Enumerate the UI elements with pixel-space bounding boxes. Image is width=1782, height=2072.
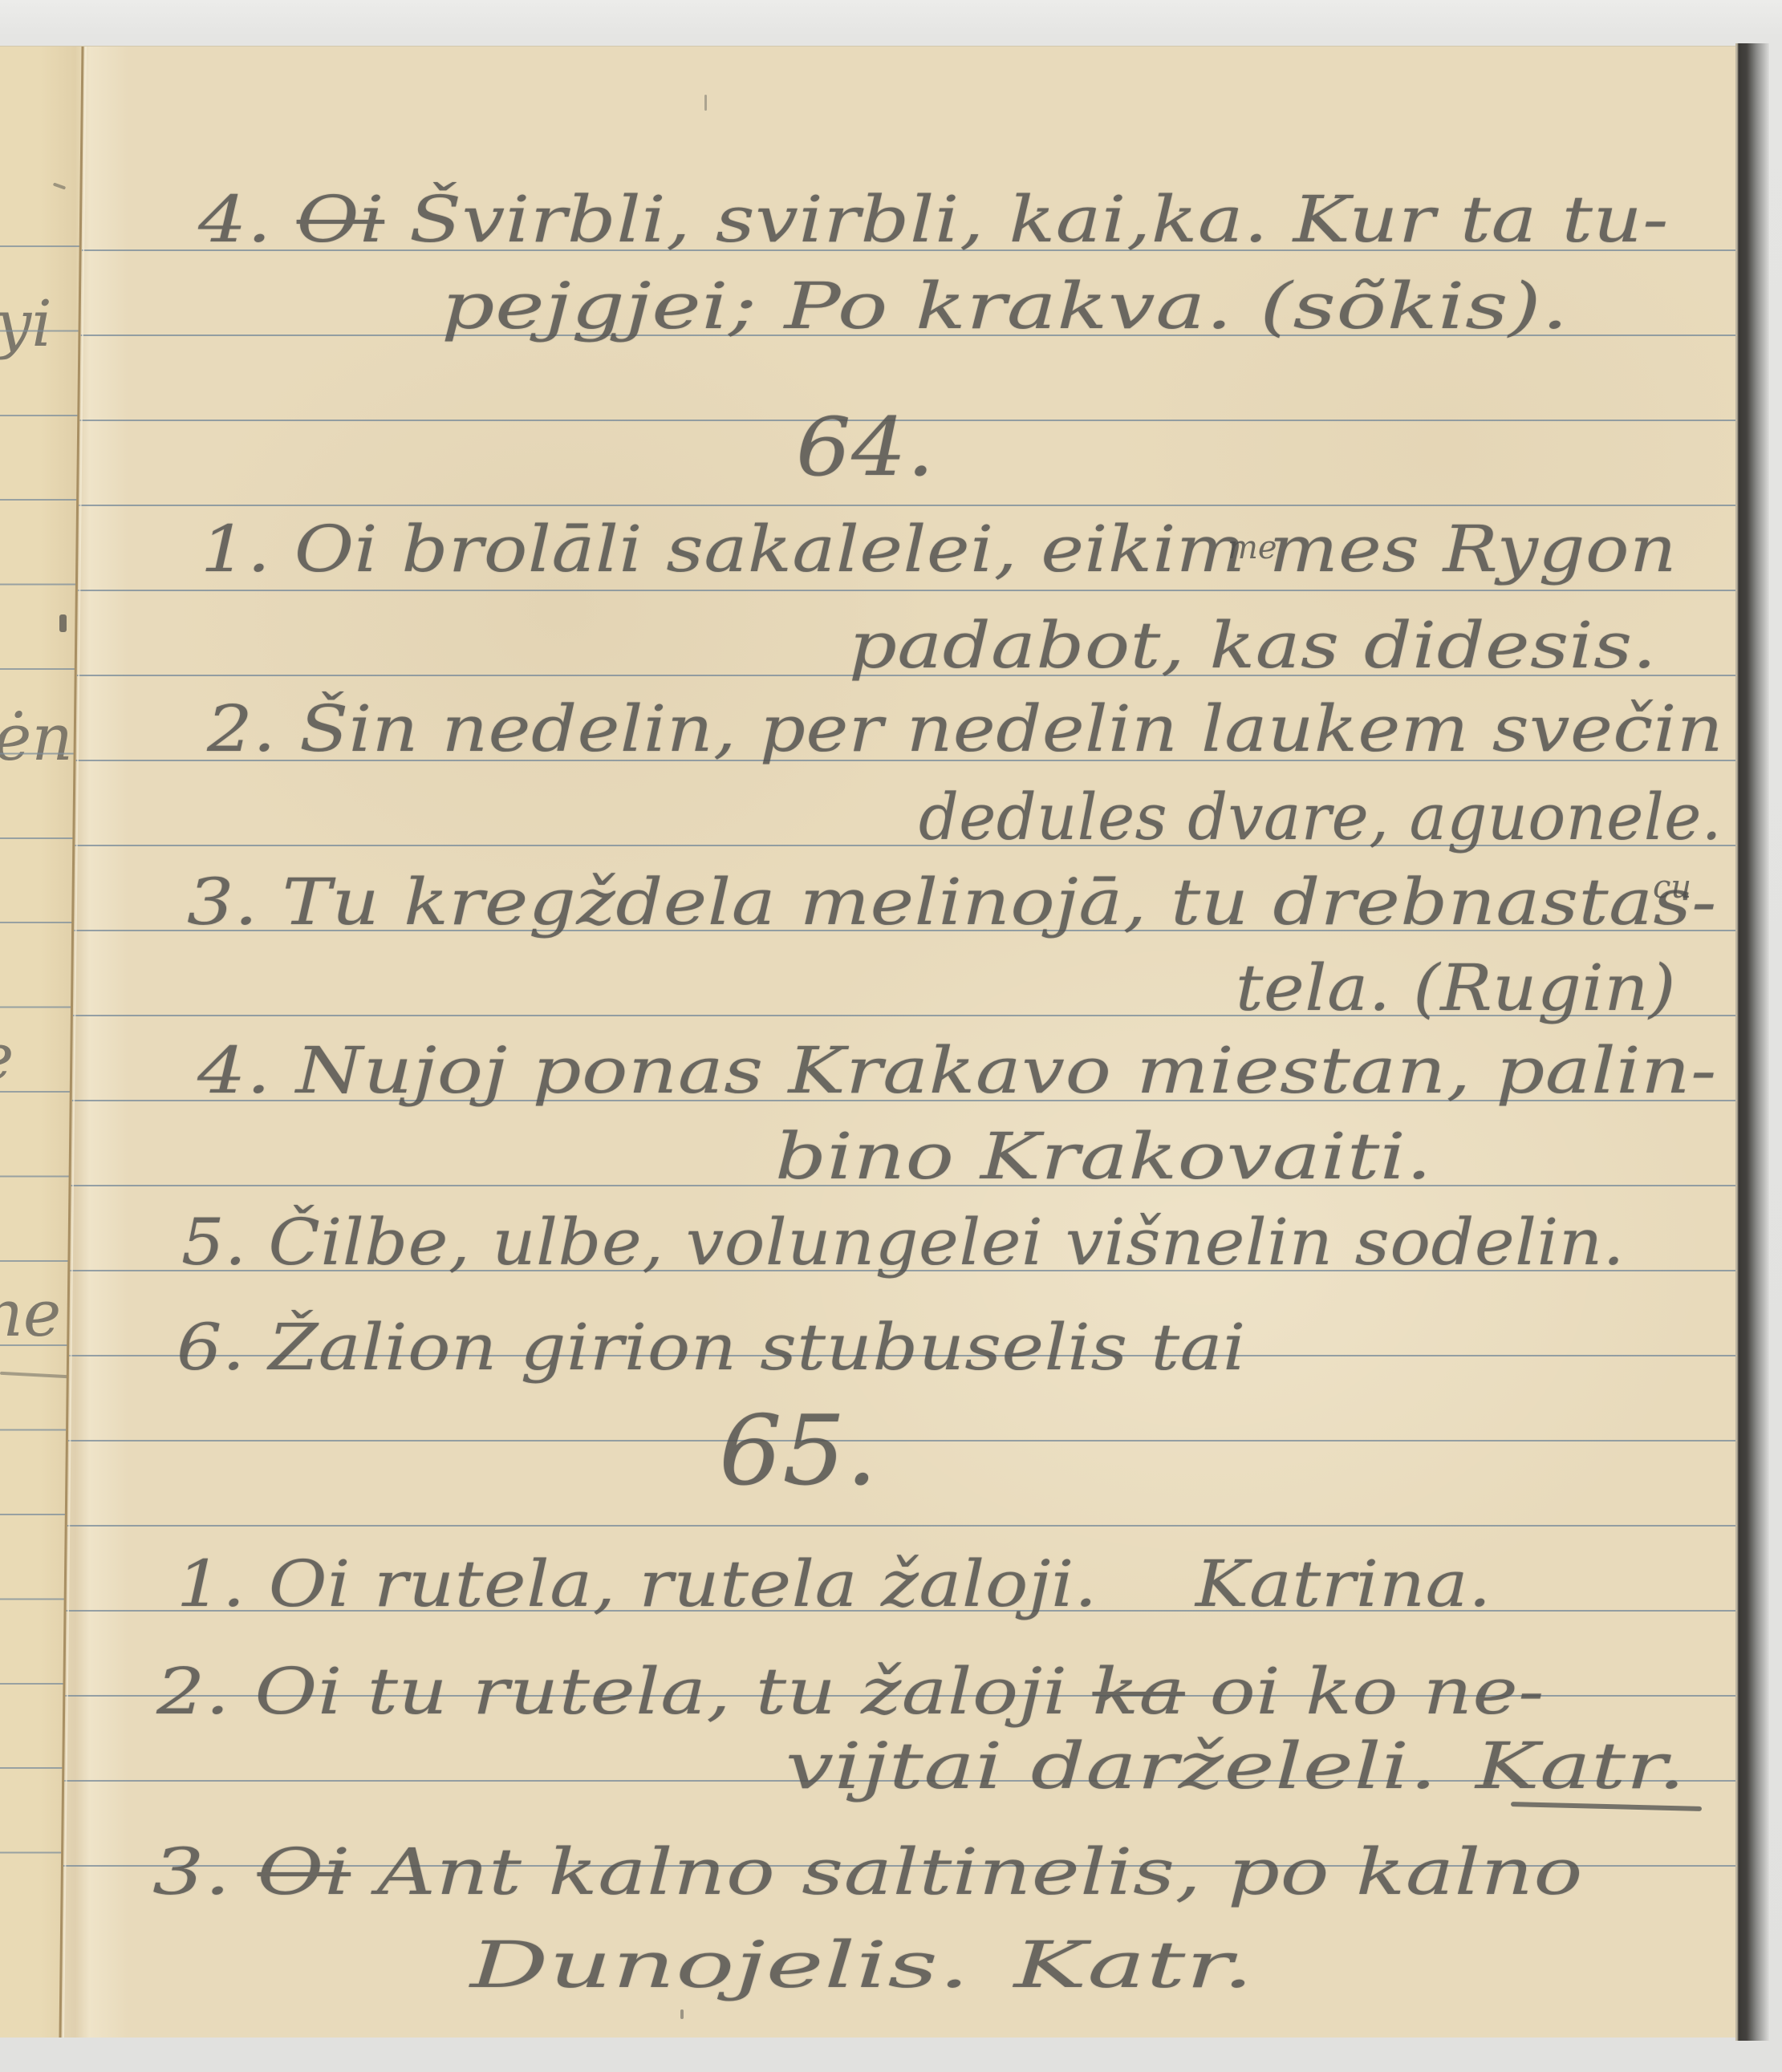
verse-continuation: dedules dvare, aguonele. [919,785,1722,849]
verse-line: 2. Oi tu rutela, tu žaloji ka oi ko ne- [156,1660,1545,1724]
carryover-item-line-2: pejgjei; Po krakva. (sõkis). [441,274,1569,339]
item-number: 1. [201,512,271,586]
struck-out-text: Oi [258,1835,351,1909]
verse-text: Čilbe, ulbe, volungelei višnelin sodelin… [269,1205,1625,1279]
verse-text: Oi rutela, rutela žaloji. [269,1547,1098,1621]
verse-text: pejgjei; Po krakva. [441,269,1233,343]
pencil-mark [680,2009,684,2019]
verse-text: tela. [1236,951,1391,1025]
verse-continuation: padabot, kas didesis. [849,614,1657,678]
struck-out-text: Oi [297,182,384,257]
verse-line: 3. Tu kregždela melinojā, tu drebnastas- [187,870,1717,935]
verse-text: Dunojelis. [470,1928,970,2002]
verse-continuation: tela. (Rugin) [1236,956,1676,1020]
section-heading: 65. [719,1404,878,1500]
item-number: 5. [181,1205,246,1279]
verse-text: Nujoj ponas Krakavo miestan, palin- [296,1033,1717,1108]
section-heading: 64. [796,408,935,488]
inserted-correction: cu [1653,871,1691,903]
verse-text: Žalion girion stubuselis tai [269,1310,1246,1385]
item-number: 1. [177,1547,246,1621]
item-number: 6. [177,1310,246,1385]
verse-text: Švirbli, svirbli, kai,ka. Kur ta tu- [409,182,1669,257]
struck-out-text: ka [1092,1654,1184,1729]
item-number: 3. [152,1835,231,1909]
item-number: 4. [198,182,272,257]
item-number: 2. [207,691,276,766]
singer-name: Katr. [1014,1928,1254,2002]
annotation: (Rugin) [1413,951,1676,1025]
verse-text: Oi tu rutela, tu žaloji [255,1654,1068,1729]
verse-continuation: Dunojelis.Katr. [470,1933,1254,1997]
verse-continuation: bino Krakovaiti. [775,1125,1432,1189]
item-number: 2. [156,1654,230,1729]
verse-line: 5. Čilbe, ulbe, volungelei višnelin sode… [181,1210,1625,1275]
verse-line: 2. Šin nedelin, per nedelin laukem sveči… [207,697,1723,761]
verse-text: dedules dvare, aguonele. [919,780,1722,854]
verse-text: Ant kalno saltinelis, po kalno [377,1835,1583,1909]
verse-text: Tu kregždela melinojā, tu drebnastas- [282,865,1717,939]
verse-line: 3. Oi Ant kalno saltinelis, po kalno [152,1840,1583,1904]
pencil-mark [704,95,707,111]
item-number: 4. [197,1033,271,1108]
singer-name: Katrina. [1195,1547,1492,1621]
verse-line: 4. Nujoj ponas Krakavo miestan, palin- [197,1039,1717,1103]
annotation: (sõkis). [1260,269,1569,343]
verse-text: bino Krakovaiti. [775,1119,1432,1194]
verse-continuation: vijtai darželeli.Katr. [785,1734,1686,1798]
verse-text: vijtai darželeli. [785,1729,1437,1803]
verse-text: Šin nedelin, per nedelin laukem svečin [299,691,1723,766]
verse-text: padabot, kas didesis. [849,608,1657,683]
inserted-correction: me [1228,532,1277,564]
verse-text: Oi brolāli sakalelei, eikim mes Rygon [294,512,1677,586]
item-number: 3. [187,865,258,939]
carryover-item-line-1: 4. Oi Švirbli, svirbli, kai,ka. Kur ta t… [198,188,1669,252]
page-edge-shadow [1735,43,1769,2041]
verse-line: 1. Oi rutela, rutela žaloji.Katrina. [177,1552,1492,1616]
verse-line: 1. Oi brolāli sakalelei, eikim mes Rygon [201,517,1677,582]
verse-text: oi ko ne- [1210,1654,1545,1729]
singer-name: Katr. [1476,1729,1686,1803]
scan-canvas: yi ėn e ẽne 4. Oi Švirbli, svirbli, kai,… [0,0,1782,2072]
verse-line: 6. Žalion girion stubuselis tai [177,1316,1246,1380]
